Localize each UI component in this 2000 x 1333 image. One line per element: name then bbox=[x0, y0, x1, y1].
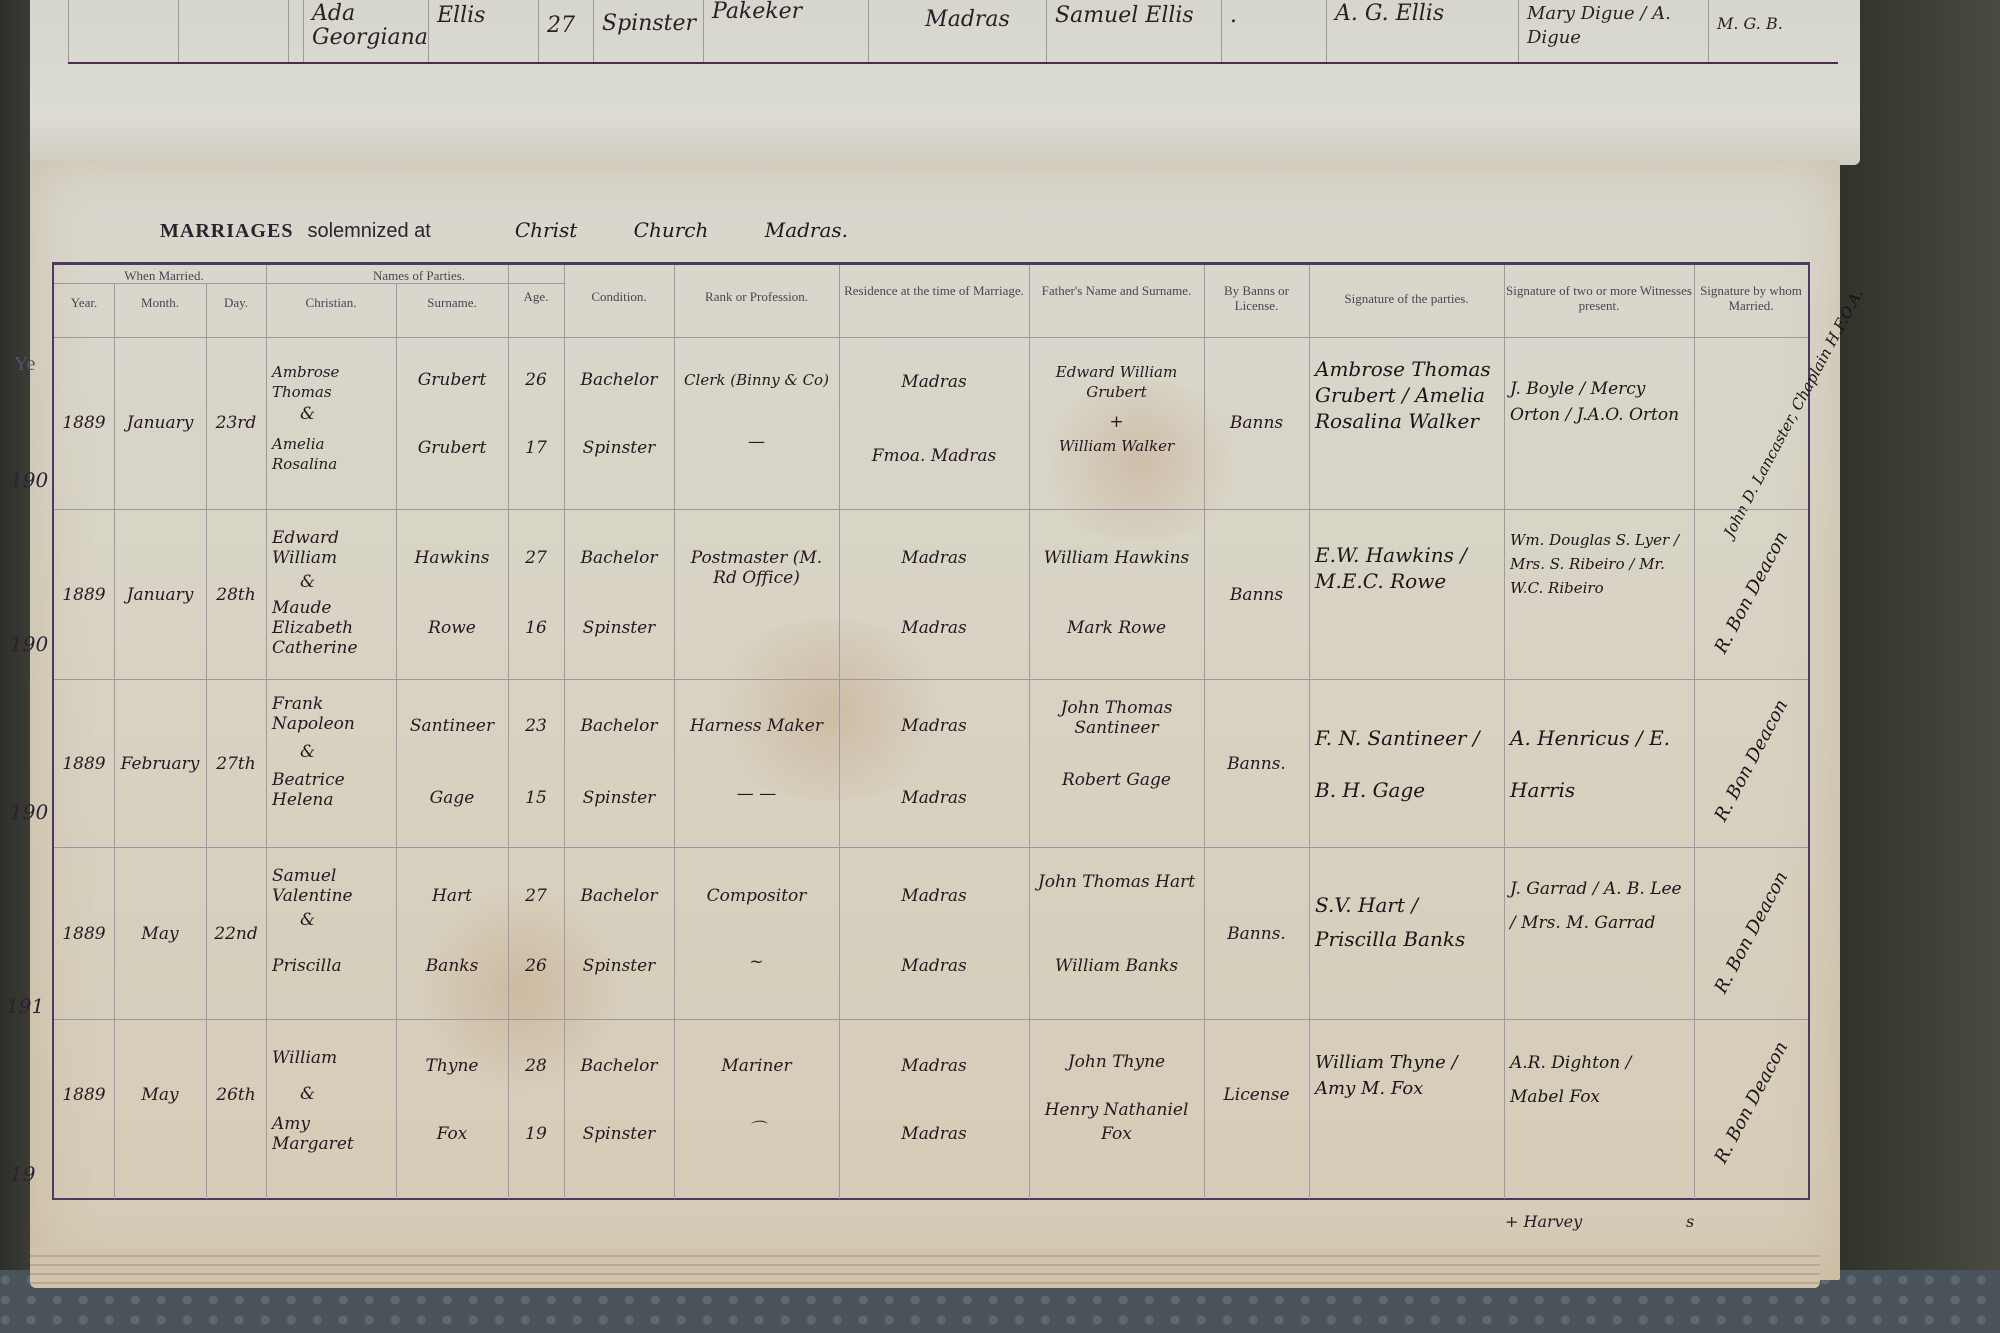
header-year: Year. bbox=[54, 295, 114, 310]
parties-signatures: S.V. Hart / Priscilla Banks bbox=[1309, 884, 1504, 960]
bride-age: 15 bbox=[508, 784, 564, 812]
and-connector: & bbox=[294, 906, 334, 934]
bride-profession: — — bbox=[674, 780, 839, 808]
prev-surname: Ellis bbox=[428, 0, 538, 62]
header-condition: Condition. bbox=[564, 289, 674, 304]
bride-condition: Spinster bbox=[564, 434, 674, 462]
header-signature: Signature of the parties. bbox=[1309, 291, 1504, 306]
bride-age: 17 bbox=[508, 434, 564, 462]
bride-profession: ~ bbox=[674, 948, 839, 976]
bride-age: 19 bbox=[508, 1120, 564, 1148]
groom-age: 28 bbox=[508, 1052, 564, 1080]
margin-fragment: 190 bbox=[10, 468, 48, 492]
header-surname: Surname. bbox=[396, 295, 508, 310]
header-month: Month. bbox=[114, 295, 206, 310]
prev-married-by: M. G. B. bbox=[1708, 0, 1838, 62]
entry-month: January bbox=[114, 338, 206, 508]
groom-christian: Edward William bbox=[266, 524, 396, 572]
banns-or-license: Banns bbox=[1204, 510, 1309, 680]
banns-or-license: Banns. bbox=[1204, 848, 1309, 1020]
groom-father: John Thyne bbox=[1029, 1048, 1204, 1076]
bride-christian: Maude Elizabeth Catherine bbox=[266, 594, 396, 662]
banns-or-license: Banns bbox=[1204, 338, 1309, 508]
register-entry: 1889 May 22nd Samuel Valentine & Priscil… bbox=[54, 847, 1808, 1020]
bride-residence: Madras bbox=[839, 784, 1029, 812]
bride-christian: Beatrice Helena bbox=[266, 766, 396, 814]
bride-surname: Grubert bbox=[396, 434, 508, 462]
prev-profession: Pakeker bbox=[703, 0, 868, 62]
prev-father: Samuel Ellis bbox=[1046, 0, 1221, 62]
bride-condition: Spinster bbox=[564, 614, 674, 642]
bride-condition: Spinster bbox=[564, 784, 674, 812]
groom-age: 23 bbox=[508, 712, 564, 740]
bride-profession: ⌒ bbox=[674, 1116, 839, 1144]
entry-day: 23rd bbox=[206, 338, 266, 508]
groom-residence: Madras bbox=[839, 368, 1029, 396]
bride-christian: Amelia Rosalina bbox=[266, 430, 396, 478]
register-entry: 1889 February 27th Frank Napoleon & Beat… bbox=[54, 679, 1808, 848]
bride-residence: Madras bbox=[839, 1120, 1029, 1148]
bride-residence: Fmoa. Madras bbox=[839, 442, 1029, 470]
header-banns: By Banns or License. bbox=[1204, 283, 1309, 313]
bride-surname: Fox bbox=[396, 1120, 508, 1148]
groom-surname: Hawkins bbox=[396, 544, 508, 572]
parties-signatures: E.W. Hawkins / M.E.C. Rowe bbox=[1309, 538, 1504, 598]
title-solemnized: solemnized at bbox=[307, 220, 430, 243]
bride-christian: Amy Margaret bbox=[266, 1110, 396, 1158]
prev-signature: A. G. Ellis bbox=[1326, 0, 1518, 62]
groom-residence: Madras bbox=[839, 712, 1029, 740]
prev-christian: Ada Georgiana bbox=[303, 0, 433, 62]
entry-year: 1889 bbox=[54, 510, 114, 680]
groom-profession: Harness Maker bbox=[674, 712, 839, 740]
footnote-mark: s bbox=[1686, 1212, 1694, 1231]
bride-father: Mark Rowe bbox=[1029, 614, 1204, 642]
groom-father: Edward William Grubert bbox=[1029, 358, 1204, 406]
groom-christian: Samuel Valentine bbox=[266, 862, 396, 910]
entry-day: 28th bbox=[206, 510, 266, 680]
witness-signatures: A. Henricus / E. Harris bbox=[1504, 708, 1694, 820]
entry-day: 22nd bbox=[206, 848, 266, 1020]
officiant-signature: R. Bon Deacon bbox=[1710, 868, 1792, 997]
entry-month: February bbox=[114, 680, 206, 848]
witness-signatures: J. Boyle / Mercy Orton / J.A.O. Orton bbox=[1504, 372, 1694, 432]
bride-christian: Priscilla bbox=[266, 952, 396, 980]
bride-father: Robert Gage bbox=[1029, 766, 1204, 794]
groom-profession: Mariner bbox=[674, 1052, 839, 1080]
groom-age: 27 bbox=[508, 882, 564, 910]
prev-condition: Spinster bbox=[593, 0, 703, 62]
groom-age: 26 bbox=[508, 366, 564, 394]
groom-condition: Bachelor bbox=[564, 544, 674, 572]
header-married-by: Signature by whom Married. bbox=[1694, 283, 1808, 313]
background-right bbox=[1830, 0, 2000, 1333]
groom-residence: Madras bbox=[839, 1052, 1029, 1080]
bride-father: Henry Nathaniel Fox bbox=[1029, 1094, 1204, 1150]
title-marriages: MARRIAGES bbox=[160, 220, 293, 243]
groom-age: 27 bbox=[508, 544, 564, 572]
groom-residence: Madras bbox=[839, 544, 1029, 572]
officiant-signature: R. Bon Deacon bbox=[1710, 696, 1792, 825]
witness-signatures: J. Garrad / A. B. Lee / Mrs. M. Garrad bbox=[1504, 868, 1694, 944]
parties-signatures: Ambrose Thomas Grubert / Amelia Rosalina… bbox=[1309, 352, 1504, 438]
groom-profession: Clerk (Binny & Co) bbox=[674, 366, 839, 394]
bride-residence: Madras bbox=[839, 614, 1029, 642]
parties-signatures: William Thyne / Amy M. Fox bbox=[1309, 1046, 1504, 1106]
prev-witnesses: Mary Digue / A. Digue bbox=[1518, 0, 1708, 62]
groom-father: John Thomas Santineer bbox=[1029, 694, 1204, 742]
margin-fragment: 19 bbox=[10, 1162, 35, 1186]
footnote-harvey: + Harvey bbox=[1505, 1212, 1582, 1231]
church-name: Christ Church Madras. bbox=[515, 218, 848, 242]
header-group-names: Names of Parties. bbox=[274, 268, 564, 284]
header-age: Age. bbox=[508, 289, 564, 304]
groom-christian: William bbox=[266, 1044, 396, 1072]
prev-age: 27 bbox=[538, 0, 593, 62]
groom-profession: Postmaster (M. Rd Office) bbox=[674, 544, 839, 592]
and-connector: & bbox=[294, 568, 334, 596]
parties-signatures: F. N. Santineer / B. H. Gage bbox=[1309, 708, 1504, 820]
groom-surname: Thyne bbox=[396, 1052, 508, 1080]
header-father: Father's Name and Surname. bbox=[1029, 283, 1204, 298]
page-title: MARRIAGES solemnized at Christ Church Ma… bbox=[160, 218, 848, 258]
entry-year: 1889 bbox=[54, 680, 114, 848]
bride-surname: Rowe bbox=[396, 614, 508, 642]
bride-surname: Gage bbox=[396, 784, 508, 812]
and-connector: & bbox=[294, 400, 334, 428]
witness-signatures: Wm. Douglas S. Lyer / Mrs. S. Ribeiro / … bbox=[1504, 524, 1694, 604]
marriage-register-table: When Married. Names of Parties. Year. Mo… bbox=[52, 262, 1810, 1200]
header-profession: Rank or Profession. bbox=[674, 289, 839, 304]
officiant-signature: R. Bon Deacon bbox=[1710, 1038, 1792, 1167]
groom-condition: Bachelor bbox=[564, 882, 674, 910]
bride-father: William Banks bbox=[1029, 952, 1204, 980]
header-residence: Residence at the time of Marriage. bbox=[839, 283, 1029, 298]
groom-condition: Bachelor bbox=[564, 712, 674, 740]
bride-profession: — bbox=[674, 428, 839, 456]
groom-residence: Madras bbox=[839, 882, 1029, 910]
register-entry: 1889 January 23rd Ambrose Thomas & Ameli… bbox=[54, 337, 1808, 508]
header-christian: Christian. bbox=[266, 295, 396, 310]
groom-surname: Santineer bbox=[396, 712, 508, 740]
entry-month: May bbox=[114, 848, 206, 1020]
entry-month: January bbox=[114, 510, 206, 680]
register-entry: 1889 May 26th William & Amy Margaret Thy… bbox=[54, 1019, 1808, 1200]
groom-surname: Grubert bbox=[396, 366, 508, 394]
groom-condition: Bachelor bbox=[564, 1052, 674, 1080]
groom-condition: Bachelor bbox=[564, 366, 674, 394]
entry-year: 1889 bbox=[54, 1020, 114, 1170]
header-subdivider bbox=[54, 283, 564, 284]
groom-profession: Compositor bbox=[674, 882, 839, 910]
entry-month: May bbox=[114, 1020, 206, 1170]
prev-year bbox=[68, 0, 178, 62]
header-group-when-married: When Married. bbox=[54, 268, 274, 284]
officiant-signature: R. Bon Deacon bbox=[1710, 528, 1792, 657]
bride-surname: Banks bbox=[396, 952, 508, 980]
page-edges bbox=[30, 1248, 1820, 1288]
witness-signatures: A.R. Dighton / Mabel Fox bbox=[1504, 1042, 1694, 1118]
groom-father: William Hawkins bbox=[1029, 544, 1204, 572]
register-entry: 1889 January 28th Edward William & Maude… bbox=[54, 509, 1808, 680]
margin-fragment: Ye bbox=[14, 353, 35, 376]
bride-condition: Spinster bbox=[564, 952, 674, 980]
prev-residence: Madras bbox=[868, 0, 1058, 62]
entry-year: 1889 bbox=[54, 848, 114, 1020]
margin-fragment: 190 bbox=[10, 632, 48, 656]
header-day: Day. bbox=[206, 295, 266, 310]
prev-banns: . bbox=[1221, 0, 1326, 62]
entry-year: 1889 bbox=[54, 338, 114, 508]
previous-page: Ada Georgiana Ellis 27 Spinster Pakeker … bbox=[30, 0, 1860, 165]
banns-or-license: License bbox=[1204, 1020, 1309, 1170]
groom-christian: Frank Napoleon bbox=[266, 690, 396, 738]
bride-age: 26 bbox=[508, 952, 564, 980]
and-connector: & bbox=[294, 1080, 334, 1108]
bride-age: 16 bbox=[508, 614, 564, 642]
groom-father: John Thomas Hart bbox=[1029, 868, 1204, 896]
and-connector: & bbox=[294, 738, 334, 766]
groom-surname: Hart bbox=[396, 882, 508, 910]
margin-fragment: 191 bbox=[6, 994, 44, 1018]
bride-condition: Spinster bbox=[564, 1120, 674, 1148]
bride-father: William Walker bbox=[1029, 432, 1204, 460]
entry-day: 26th bbox=[206, 1020, 266, 1170]
groom-christian: Ambrose Thomas bbox=[266, 358, 396, 406]
entry-day: 27th bbox=[206, 680, 266, 848]
margin-fragment: 190 bbox=[10, 800, 48, 824]
banns-or-license: Banns. bbox=[1204, 680, 1309, 848]
bride-residence: Madras bbox=[839, 952, 1029, 980]
header-witnesses: Signature of two or more Witnesses prese… bbox=[1504, 283, 1694, 313]
previous-entry-row: Ada Georgiana Ellis 27 Spinster Pakeker … bbox=[68, 0, 1838, 64]
prev-month bbox=[178, 0, 288, 62]
